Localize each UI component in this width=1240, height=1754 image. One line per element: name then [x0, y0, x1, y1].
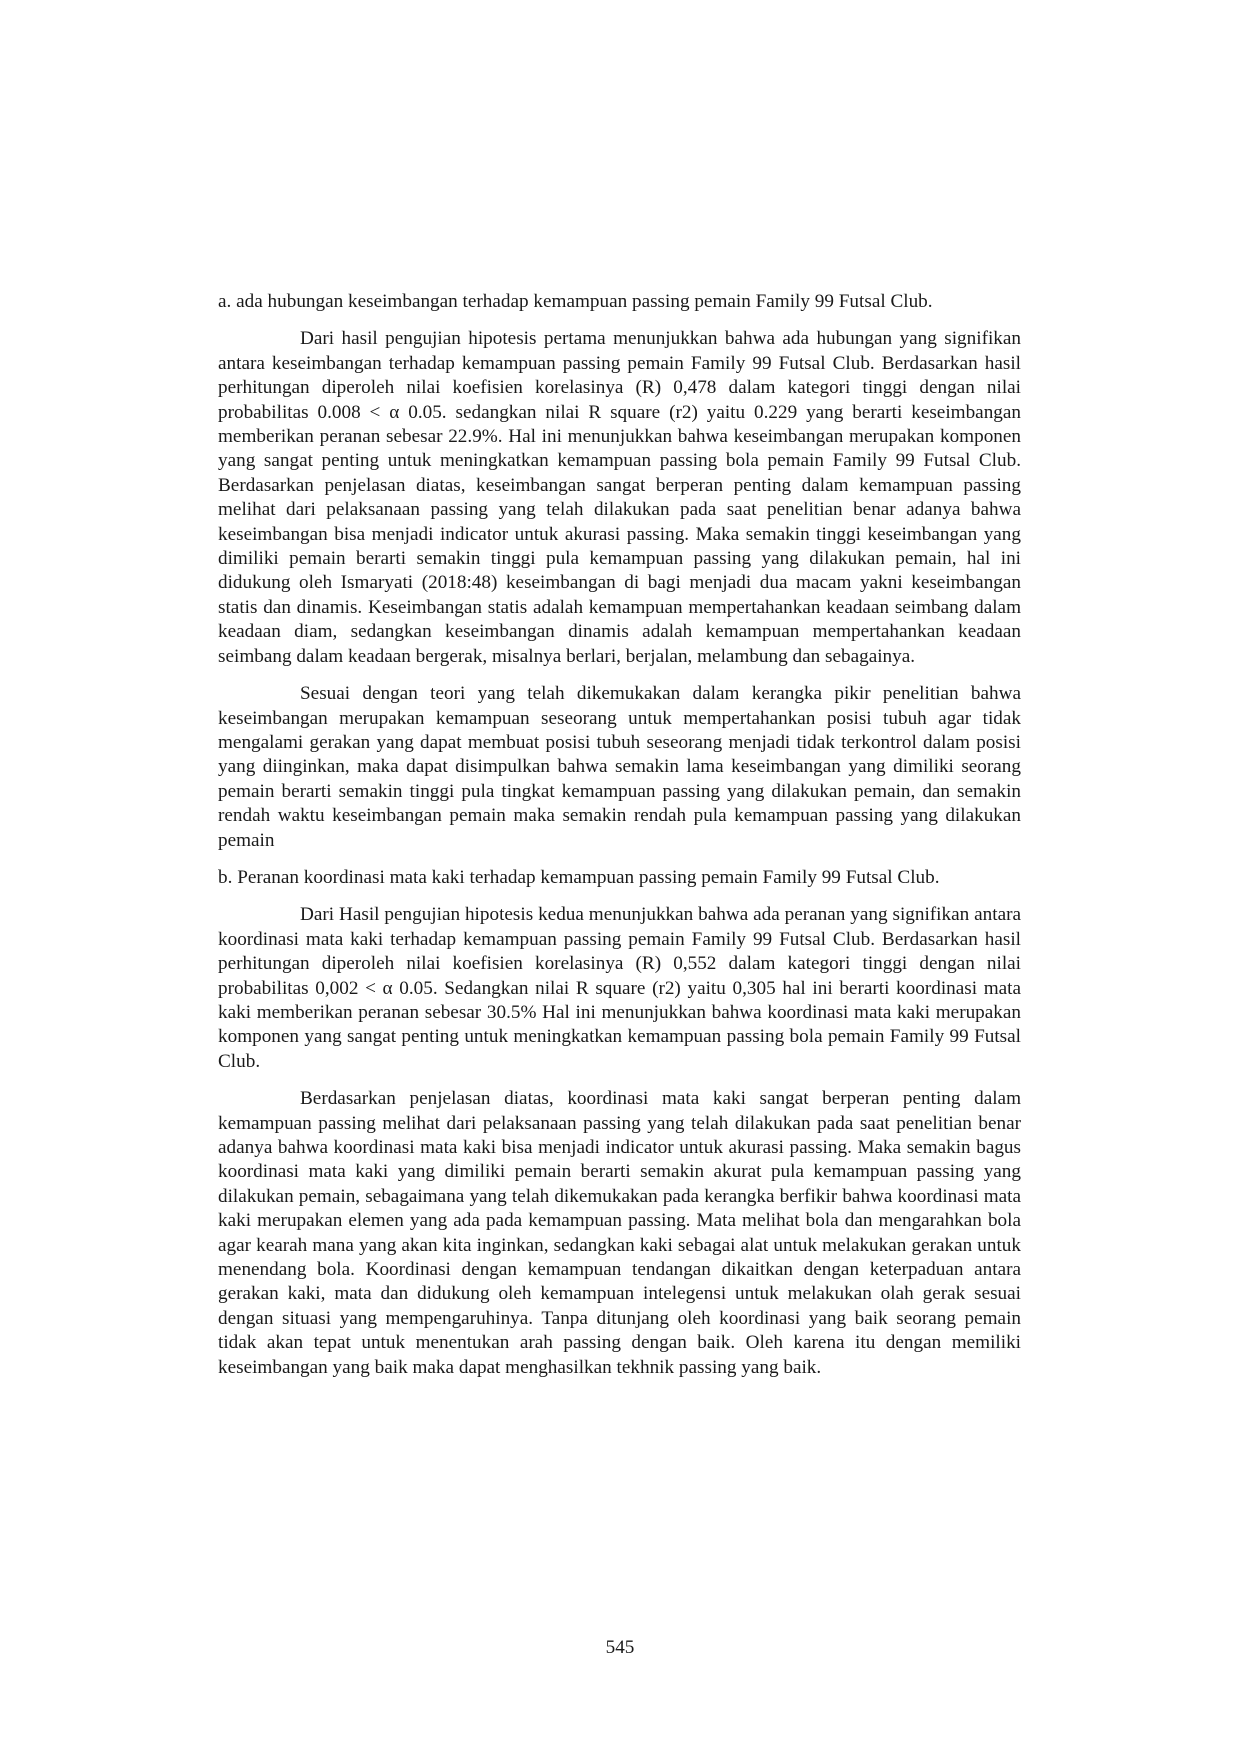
- section-heading: b. Peranan koordinasi mata kaki terhadap…: [218, 866, 1021, 890]
- page-number: 545: [0, 1637, 1240, 1659]
- section-heading: a. ada hubungan keseimbangan terhadap ke…: [218, 290, 1021, 314]
- page-body: a. ada hubungan keseimbangan terhadap ke…: [218, 290, 1021, 1393]
- section-a-balance: a. ada hubungan keseimbangan terhadap ke…: [218, 290, 1021, 853]
- body-paragraph: Dari hasil pengujian hipotesis pertama m…: [218, 327, 1021, 669]
- section-b-eye-foot-coordination: b. Peranan koordinasi mata kaki terhadap…: [218, 866, 1021, 1380]
- body-paragraph: Berdasarkan penjelasan diatas, koordinas…: [218, 1087, 1021, 1380]
- body-paragraph: Sesuai dengan teori yang telah dikemukak…: [218, 682, 1021, 853]
- body-paragraph: Dari Hasil pengujian hipotesis kedua men…: [218, 903, 1021, 1074]
